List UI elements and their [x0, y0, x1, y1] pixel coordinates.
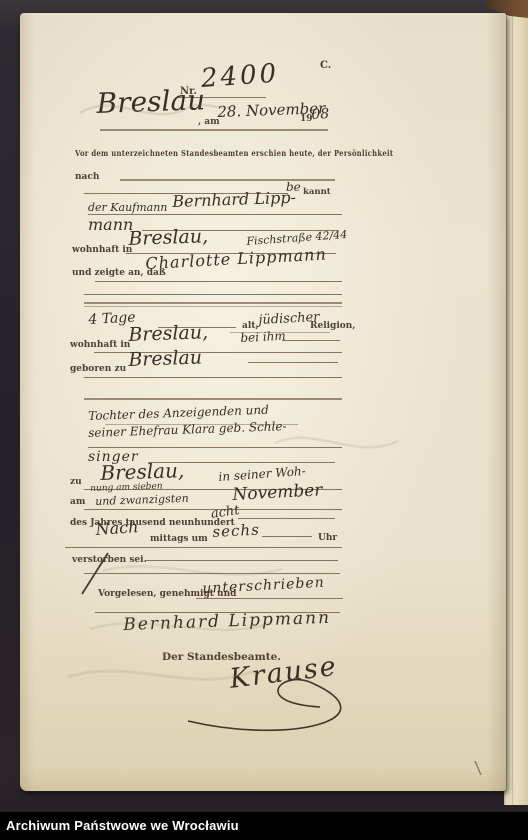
jahr-hand: acht: [210, 503, 240, 522]
form-rule: [84, 294, 342, 295]
death-place-city: Breslau,: [100, 458, 185, 485]
geboren-label: geboren zu: [70, 364, 126, 374]
form-rule: [196, 598, 343, 599]
form-rule: [84, 573, 340, 574]
pen-dash: [238, 518, 335, 519]
form-rule: [120, 179, 335, 181]
record-number-value: 2400: [200, 59, 280, 94]
register-page: C. Nr. 2400 Breslau , am 28. November 19…: [20, 13, 506, 791]
death-date-a: und zwanzigsten: [95, 492, 189, 508]
time-hand: sechs: [212, 521, 260, 541]
declarant-name2: mann: [88, 215, 133, 234]
section-rule: [84, 306, 342, 307]
form-rule: [84, 377, 342, 378]
unterschrieben-hand: unterschrieben: [202, 575, 325, 597]
scan-background: C. Nr. 2400 Breslau , am 28. November 19…: [0, 0, 528, 840]
verstorben-label: verstorben sei.: [72, 555, 147, 565]
section-rule: [84, 302, 342, 304]
form-rule: [88, 447, 342, 448]
pen-dash: [262, 536, 312, 537]
zu-label: zu: [70, 477, 82, 487]
form-rule: [65, 547, 342, 548]
residence2-city: Breslau,: [128, 321, 208, 346]
form-rule: [100, 129, 328, 131]
place-value: Breslau: [96, 83, 206, 120]
archive-watermark-text: Archiwum Państwowe we Wrocławiu: [6, 818, 239, 833]
form-rule: [145, 560, 338, 561]
page-edge-crease: [512, 15, 513, 805]
declarant-prefix: der Kaufmann: [88, 201, 167, 214]
bekannt-label: kannt: [303, 187, 331, 197]
archive-watermark-bar: Archiwum Państwowe we Wrocławiu: [0, 812, 528, 840]
residence-city: Breslau,: [128, 225, 208, 250]
book-page-edges: [504, 15, 528, 805]
am-label: , am: [198, 117, 220, 127]
wohnhaft2-label: wohnhaft in: [70, 340, 130, 350]
section-rule: [84, 398, 342, 400]
death-date-b: November: [232, 480, 323, 505]
uhr-label: Uhr: [318, 533, 337, 543]
form-rule: [95, 281, 342, 282]
nach-label: nach: [75, 172, 99, 182]
wohnhaft-label: wohnhaft in: [72, 245, 132, 255]
deceased-name: Charlotte Lippmann: [145, 245, 327, 273]
residence2-rest: bei ihm: [240, 329, 286, 345]
time-prefix-hand: Nach: [95, 517, 139, 539]
am2-label: am: [70, 497, 85, 507]
religion-label: Religion,: [310, 321, 355, 331]
pen-dash: [282, 340, 340, 341]
birthplace: Breslau: [128, 346, 202, 371]
pen-dash: [248, 362, 338, 363]
parent-line2: seiner Ehefrau Klara geb. Schle-: [88, 419, 287, 440]
corner-mark: C.: [320, 60, 331, 71]
intro-line: Vor dem unterzeichneten Standesbeamten e…: [75, 148, 393, 158]
year-hand: 08: [311, 106, 330, 123]
mittags-label: mittags um: [150, 534, 208, 544]
declarant-name: Bernhard Lipp-: [172, 188, 296, 211]
